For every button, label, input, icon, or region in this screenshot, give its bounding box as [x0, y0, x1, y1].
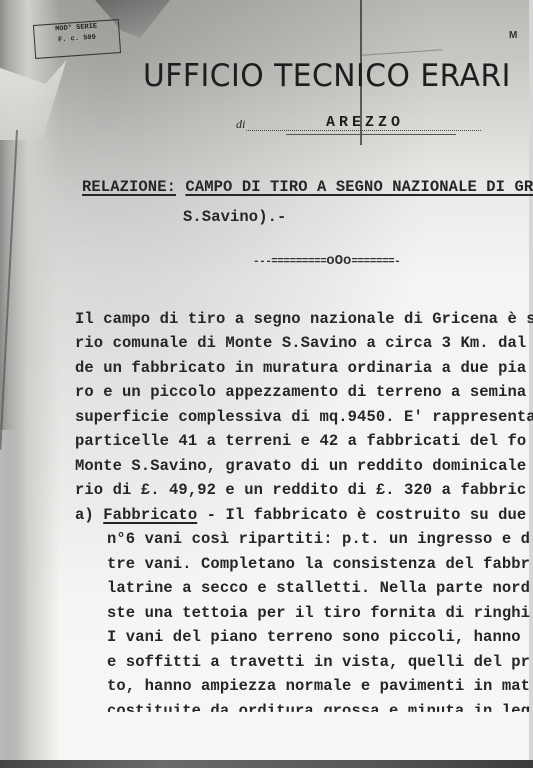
separator-left: ---=========	[253, 256, 326, 268]
section-a-line: I vani del piano terreno sono piccoli, h…	[107, 628, 521, 646]
body-line: rio di £. 49,92 e un reddito di £. 320 a…	[75, 481, 526, 499]
scan-bottom-edge	[0, 760, 533, 768]
body-line: superficie complessiva di mq.9450. E' ra…	[75, 408, 533, 426]
city-prefix: di	[236, 117, 245, 132]
form-stamp: MOD° SERIE F. c. 509	[33, 19, 121, 59]
page-edge-shadow	[0, 430, 26, 768]
subject-continuation: S.Savino).-	[183, 208, 286, 226]
body-line: Il campo di tiro a segno nazionale di Gr…	[75, 310, 533, 328]
paper-crack-branch	[362, 49, 442, 56]
body-line: rio comunale di Monte S.Savino a circa 3…	[75, 334, 526, 352]
body-line: de un fabbricato in muratura ordinaria a…	[75, 359, 526, 377]
body-line: particelle 41 a terreni e 42 a fabbricat…	[75, 432, 526, 450]
separator-right: =======-	[351, 256, 400, 268]
scanned-page: MOD° SERIE F. c. 509 M UFFICIO TECNICO E…	[0, 0, 533, 768]
separator-middle: oOo	[326, 253, 351, 269]
section-separator: ---=========oOo=======-	[253, 253, 400, 269]
subject-label: RELAZIONE:	[82, 178, 176, 196]
subject-line: RELAZIONE: CAMPO DI TIRO A SEGNO NAZIONA…	[82, 178, 533, 196]
subject-text: CAMPO DI TIRO A SEGNO NAZIONALE DI GR	[185, 178, 533, 196]
section-a-marker: a)	[75, 506, 94, 524]
section-a-line: ste una tettoia per il tiro fornita di r…	[107, 604, 530, 622]
section-a-line: n°6 vani così ripartiti: p.t. un ingress…	[107, 530, 530, 548]
section-a-line: e soffitti a travetti in vista, quelli d…	[107, 653, 530, 671]
body-line: ro e un piccolo appezzamento di terreno …	[75, 383, 526, 401]
section-a-line: to, hanno ampiezza normale e pavimenti i…	[107, 677, 530, 695]
corner-mark: M	[509, 30, 517, 41]
body-line: Monte S.Savino, gravato di un reddito do…	[75, 457, 526, 475]
section-a-line: latrine a secco e stalletti. Nella parte…	[107, 579, 530, 597]
city-name: AREZZO	[326, 114, 404, 131]
office-title: UFFICIO TECNICO ERARI	[143, 58, 511, 94]
section-a-heading-line: a) Fabbricato - Il fabbricato è costruit…	[75, 506, 526, 524]
section-a-heading: Fabbricato	[103, 506, 197, 524]
city-line: di AREZZO	[236, 117, 533, 135]
section-a-first-line: - Il fabbricato è costruito su due	[197, 506, 526, 524]
section-a-line: tre vani. Completano la consistenza del …	[107, 555, 530, 573]
section-a-line-cut: costituite da orditura grossa e minuta i…	[107, 702, 530, 720]
city-underline	[286, 134, 456, 135]
